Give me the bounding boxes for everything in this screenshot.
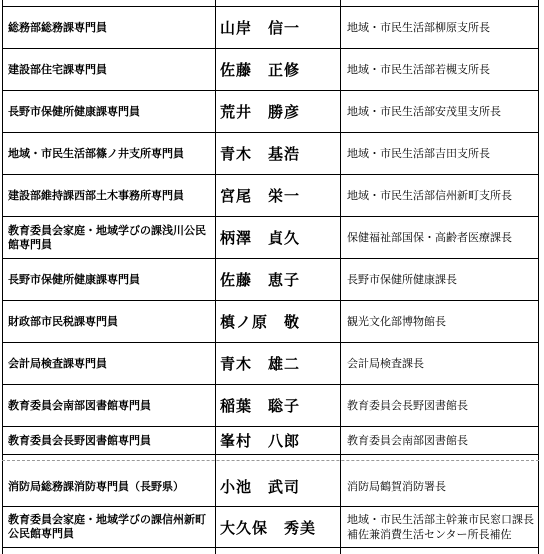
new-position-text: 教育委員会長野図書館専門員 <box>8 434 151 448</box>
previous-position-text: 保健福祉部国保・高齢者医療課長 <box>347 230 512 245</box>
cell-previous-position: 教育委員会長野図書館長 <box>341 385 538 426</box>
name-text: 柄澤 貞久 <box>220 227 300 248</box>
new-position-text: 長野市保健所健康課専門員 <box>8 105 140 119</box>
new-position-text: 財政部市民税課専門員 <box>8 315 118 329</box>
cell-new-position: 教育委員会家庭・地域学びの課浅川公民館専門員 <box>3 217 216 258</box>
name-text: 稲葉 聡子 <box>220 395 300 416</box>
cell-name: 佐藤 恵子 <box>216 259 341 300</box>
previous-position-text: 地域・市民生活部柳原支所長 <box>347 20 490 35</box>
cell-new-position: 教育委員会長野図書館専門員 <box>3 427 216 454</box>
cell-previous-position: 地域・市民生活部若槻支所長 <box>341 49 538 90</box>
new-position-text: 消防局総務課消防専門員（長野県） <box>8 480 184 494</box>
new-position-text: 建設部維持課西部土木事務所専門員 <box>8 189 184 203</box>
cell-previous-position: 地域・市民生活部吉田支所長 <box>341 133 538 174</box>
cell-new-position: 長野市保健所健康課専門員 <box>3 259 216 300</box>
cell-previous-position <box>341 548 538 554</box>
cell-new-position: 長野市保健所健康課専門員 <box>3 91 216 132</box>
cell-new-position <box>3 0 216 6</box>
table-row: 建設部維持課西部土木事務所専門員 宮尾 栄一 地域・市民生活部信州新町支所長 <box>3 175 538 217</box>
cell-name: 大久保 秀美 <box>216 507 341 547</box>
cell-name: 槙ノ原 敬 <box>216 301 341 342</box>
new-position-text: 教育委員会南部図書館専門員 <box>8 399 151 413</box>
name-text: 小池 武司 <box>220 476 300 497</box>
previous-position-text: 会計局検査課長 <box>347 356 424 371</box>
cell-name <box>216 455 341 467</box>
cell-name: 宮尾 栄一 <box>216 175 341 216</box>
cell-new-position: 地域・市民生活部篠ノ井支所専門員 <box>3 133 216 174</box>
previous-position-text: 長野市保健所健康課長 <box>347 272 457 287</box>
partial-row-bottom <box>3 548 538 554</box>
table-row: 教育委員会長野図書館専門員 峯村 八郎 教育委員会南部図書館長 <box>3 427 538 455</box>
table-row: 長野市保健所健康課専門員 荒井 勝彦 地域・市民生活部安茂里支所長 <box>3 91 538 133</box>
previous-position-text: 消防局鶴賀消防署長 <box>347 479 446 494</box>
cell-previous-position: 会計局検査課長 <box>341 343 538 384</box>
cell-previous-position: 長野市保健所健康課長 <box>341 259 538 300</box>
previous-position-text: 地域・市民生活部吉田支所長 <box>347 146 490 161</box>
cell-new-position: 建設部維持課西部土木事務所専門員 <box>3 175 216 216</box>
cell-name: 佐藤 正修 <box>216 49 341 90</box>
cell-new-position: 会計局検査課専門員 <box>3 343 216 384</box>
name-text: 峯村 八郎 <box>220 430 300 451</box>
previous-position-text: 地域・市民生活部信州新町支所長 <box>347 188 512 203</box>
cell-name: 青木 雄二 <box>216 343 341 384</box>
name-text: 佐藤 正修 <box>220 59 300 80</box>
cell-previous-position: 地域・市民生活部信州新町支所長 <box>341 175 538 216</box>
cell-name: 小池 武司 <box>216 467 341 506</box>
previous-position-text: 観光文化部博物館長 <box>347 314 446 329</box>
table-row: 総務部総務課専門員 山岸 信一 地域・市民生活部柳原支所長 <box>3 7 538 49</box>
table-row: 建設部住宅課専門員 佐藤 正修 地域・市民生活部若槻支所長 <box>3 49 538 91</box>
previous-position-text: 地域・市民生活部安茂里支所長 <box>347 104 501 119</box>
cell-new-position: 総務部総務課専門員 <box>3 7 216 48</box>
table-row: 消防局総務課消防専門員（長野県） 小池 武司 消防局鶴賀消防署長 <box>3 467 538 507</box>
partial-row-top <box>3 0 538 7</box>
cell-name: 青木 基浩 <box>216 133 341 174</box>
cell-previous-position: 保健福祉部国保・高齢者医療課長 <box>341 217 538 258</box>
previous-position-text: 教育委員会南部図書館長 <box>347 433 468 448</box>
cell-previous-position <box>341 0 538 6</box>
name-text: 大久保 秀美 <box>220 517 316 538</box>
table-row: 会計局検査課専門員 青木 雄二 会計局検査課長 <box>3 343 538 385</box>
page-break-dashed-line <box>2 460 539 461</box>
name-text: 佐藤 恵子 <box>220 269 300 290</box>
cell-previous-position: 観光文化部博物館長 <box>341 301 538 342</box>
new-position-text: 総務部総務課専門員 <box>8 21 107 35</box>
cell-name: 峯村 八郎 <box>216 427 341 454</box>
cell-name: 荒井 勝彦 <box>216 91 341 132</box>
table-row: 長野市保健所健康課専門員 佐藤 恵子 長野市保健所健康課長 <box>3 259 538 301</box>
name-text: 宮尾 栄一 <box>220 185 300 206</box>
cell-new-position: 建設部住宅課専門員 <box>3 49 216 90</box>
cell-previous-position: 地域・市民生活部主幹兼市民窓口課長補佐兼消費生活センター所長補佐 <box>341 507 538 547</box>
new-position-text: 長野市保健所健康課専門員 <box>8 273 140 287</box>
cell-new-position <box>3 548 216 554</box>
name-text: 青木 基浩 <box>220 143 300 164</box>
cell-name: 柄澤 貞久 <box>216 217 341 258</box>
new-position-text: 建設部住宅課専門員 <box>8 63 107 77</box>
new-position-text: 教育委員会家庭・地域学びの課浅川公民館専門員 <box>8 224 212 252</box>
cell-new-position: 消防局総務課消防専門員（長野県） <box>3 467 216 506</box>
cell-new-position: 教育委員会家庭・地域学びの課信州新町公民館専門員 <box>3 507 216 547</box>
previous-position-text: 教育委員会長野図書館長 <box>347 398 468 413</box>
cell-previous-position: 地域・市民生活部柳原支所長 <box>341 7 538 48</box>
cell-new-position: 財政部市民税課専門員 <box>3 301 216 342</box>
personnel-table: 総務部総務課専門員 山岸 信一 地域・市民生活部柳原支所長 建設部住宅課専門員 … <box>2 0 539 554</box>
previous-position-text: 地域・市民生活部若槻支所長 <box>347 62 490 77</box>
table-row: 地域・市民生活部篠ノ井支所専門員 青木 基浩 地域・市民生活部吉田支所長 <box>3 133 538 175</box>
table-row: 教育委員会家庭・地域学びの課浅川公民館専門員 柄澤 貞久 保健福祉部国保・高齢者… <box>3 217 538 259</box>
name-text: 荒井 勝彦 <box>220 101 300 122</box>
cell-name: 山岸 信一 <box>216 7 341 48</box>
cell-previous-position <box>341 455 538 467</box>
cell-name <box>216 548 341 554</box>
table-row: 財政部市民税課専門員 槙ノ原 敬 観光文化部博物館長 <box>3 301 538 343</box>
cell-previous-position: 教育委員会南部図書館長 <box>341 427 538 454</box>
table-row: 教育委員会家庭・地域学びの課信州新町公民館専門員 大久保 秀美 地域・市民生活部… <box>3 507 538 548</box>
cell-previous-position: 消防局鶴賀消防署長 <box>341 467 538 506</box>
table-row: 教育委員会南部図書館専門員 稲葉 聡子 教育委員会長野図書館長 <box>3 385 538 427</box>
cell-new-position <box>3 455 216 467</box>
previous-position-text: 地域・市民生活部主幹兼市民窓口課長補佐兼消費生活センター所長補佐 <box>347 512 536 542</box>
new-position-text: 教育委員会家庭・地域学びの課信州新町公民館専門員 <box>8 513 212 541</box>
cell-previous-position: 地域・市民生活部安茂里支所長 <box>341 91 538 132</box>
page-break-row <box>3 455 538 467</box>
cell-name <box>216 0 341 6</box>
new-position-text: 地域・市民生活部篠ノ井支所専門員 <box>8 147 184 161</box>
name-text: 山岸 信一 <box>220 17 300 38</box>
cell-new-position: 教育委員会南部図書館専門員 <box>3 385 216 426</box>
cell-name: 稲葉 聡子 <box>216 385 341 426</box>
name-text: 青木 雄二 <box>220 353 300 374</box>
new-position-text: 会計局検査課専門員 <box>8 357 107 371</box>
name-text: 槙ノ原 敬 <box>220 311 300 332</box>
